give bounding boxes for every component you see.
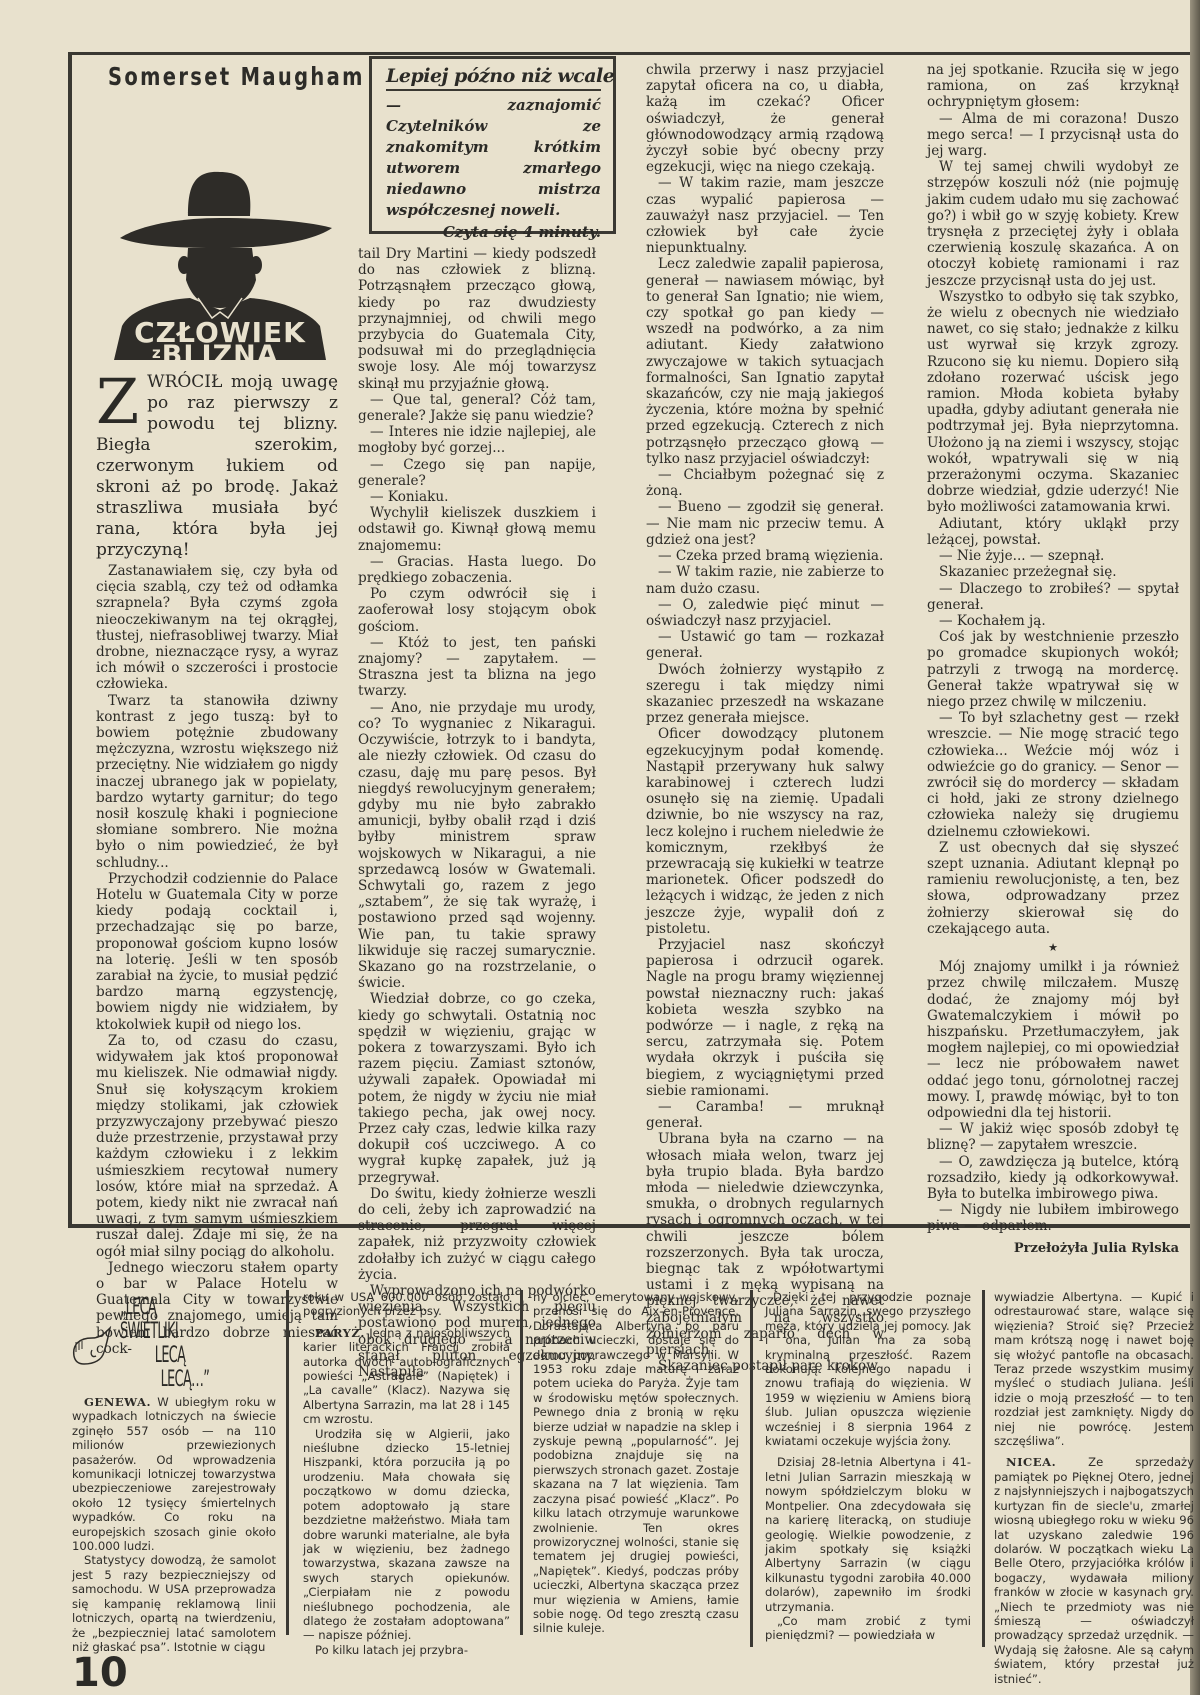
- paragraph: Dzięki tej przygodzie poznaje Juliana Sa…: [765, 1290, 971, 1448]
- page-number: 10: [72, 1650, 128, 1695]
- paragraph: — W takim razie, mam jeszcze czas wypali…: [646, 175, 884, 256]
- story-title-line2: zBLIZNĄ: [152, 340, 279, 371]
- paragraph: tail Dry Martini — kiedy podszedł do nas…: [358, 246, 596, 392]
- paragraph: — Nie żyje... — szepnął.: [927, 548, 1179, 564]
- paragraph: Dzisiaj 28-letnia Albertyna i 41-letni J…: [765, 1455, 971, 1613]
- paragraph: Coś jak by westchnienie przeszło po grom…: [927, 629, 1179, 710]
- paragraph: Wychylił kieliszek duszkiem i odstawił g…: [358, 505, 596, 554]
- paragraph: — W takim razie, nie zabierze to nam duż…: [646, 564, 884, 596]
- paragraph: — Ustawić go tam — rozkazał generał.: [646, 629, 884, 661]
- paragraph: wywiadzie Albertyna. — Kupić i odrestaur…: [994, 1290, 1194, 1448]
- intro-text: — zaznajomić Czytelników ze znakomitym k…: [386, 95, 601, 221]
- paragraph: — Kochałem ją.: [927, 613, 1179, 629]
- paragraph: Po czym odwrócił się i zaoferował losy s…: [358, 586, 596, 635]
- paragraph: Wiedział dobrze, co go czeka, kiedy go s…: [358, 991, 596, 1185]
- paragraph: na jej spotkanie. Rzuciła się w jego ram…: [927, 62, 1179, 111]
- paragraph: ny ojciec, emerytowany wojskowy, przenos…: [533, 1290, 739, 1636]
- column-rule: [286, 1290, 289, 1635]
- paragraph: Urodziła się w Algierii, jako nieślubne …: [303, 1427, 510, 1643]
- news-section-title: „LECĄ ŚWIETLIKI LECĄ LECĄ…”: [120, 1296, 195, 1392]
- paragraph: Oficer dowodzący plutonem egzekucyjnym p…: [646, 726, 884, 937]
- paragraph: — Que tal, general? Cóż tam, generale? J…: [358, 392, 596, 424]
- paragraph: Adiutant, który ukląkł przy leżącej, pow…: [927, 516, 1179, 548]
- sombrero-man-illustration: CZŁOWIEK: [100, 130, 340, 360]
- paragraph: — O, zawdzięcza ją butelce, którą rozsad…: [927, 1154, 1179, 1203]
- news-item-paris: PARYŻ. Jedną z najosobliwszych karier li…: [303, 1326, 510, 1427]
- story-column-4: na jej spotkanie. Rzuciła się w jego ram…: [927, 62, 1179, 1257]
- author-name: Somerset Maugham: [108, 62, 365, 91]
- paragraph: — Chciałbym pożegnać się z żoną.: [646, 467, 884, 499]
- intro-box: Lepiej późno niż wcale — zaznajomić Czyt…: [369, 56, 616, 234]
- paragraph: — To był szlachetny gest — rzekł wreszci…: [927, 710, 1179, 840]
- paragraph: Do świtu, kiedy żołnierze weszli do celi…: [358, 1186, 596, 1283]
- column-rule: [750, 1290, 753, 1647]
- paragraph: Twarz ta stanowiła dziwny kontrast z jeg…: [96, 693, 338, 871]
- column-rule: [982, 1290, 985, 1647]
- paragraph: — W jakiż więc sposób zdobył tę bliznę? …: [927, 1121, 1179, 1153]
- paragraph: roku w USA 600.000 osób zostało pogryzio…: [303, 1290, 510, 1319]
- paragraph: — Koniaku.: [358, 489, 596, 505]
- story-column-3: chwila przerwy i nasz przyjaciel zapytał…: [646, 62, 884, 1374]
- column-rule: [520, 1290, 523, 1635]
- section-separator-star-icon: ★: [927, 940, 1179, 956]
- paragraph: — Nigdy nie lubiłem imbirowego piwa — od…: [927, 1202, 1179, 1234]
- drop-cap: Z: [96, 376, 139, 428]
- translator-credit: Przełożyła Julia Rylska: [927, 1241, 1179, 1257]
- paragraph: Zastanawiałem się, czy była od cięcia sz…: [96, 563, 338, 693]
- paragraph: Wszystko to odbyło się tak szybko, że wi…: [927, 289, 1179, 516]
- paragraph: Z ust obecnych dał się słyszeć szept uzn…: [927, 840, 1179, 937]
- magazine-page: Somerset Maugham CZŁOWIEK zBLIZNĄ Lepiej…: [0, 0, 1200, 1695]
- paragraph: — O, zaledwie pięć minut — oświadczył na…: [646, 597, 884, 629]
- story-column-1: ZWRÓCIŁ moją uwagę po raz pierwszy z pow…: [96, 372, 338, 1357]
- paragraph: — Czeka przed bramą więzienia.: [646, 548, 884, 564]
- paragraph: Po kilku latach jej przybra-: [303, 1643, 510, 1657]
- reading-time: Czyta się 4 minuty.: [386, 223, 601, 241]
- news-column-3: ny ojciec, emerytowany wojskowy, przenos…: [533, 1290, 739, 1636]
- paragraph: — Bueno — zgodził się generał. — Nie mam…: [646, 499, 884, 548]
- paragraph: — Któż to jest, ten pański znajomy? — za…: [358, 635, 596, 700]
- sombrero-man-icon: CZŁOWIEK: [100, 130, 340, 360]
- news-item-geneva: GENEWA. W ubiegłym roku w wypadkach lotn…: [72, 1395, 276, 1553]
- news-item-nice: NICEA. Ze sprzedaży pamiątek po Pięknej …: [994, 1455, 1194, 1686]
- paragraph: — Alma de mi corazona! Duszo mego serca!…: [927, 111, 1179, 160]
- intro-title: Lepiej późno niż wcale: [386, 65, 601, 91]
- paragraph: — Ano, nie przydaje mu urody, co? To wyg…: [358, 700, 596, 992]
- paragraph: — Czego się pan napije, generale?: [358, 457, 596, 489]
- paragraph: Mój znajomy umilkł i ja również przez ch…: [927, 959, 1179, 1121]
- paragraph: — Dlaczego to zrobiłeś? — spytał generał…: [927, 581, 1179, 613]
- paragraph: chwila przerwy i nasz przyjaciel zapytał…: [646, 62, 884, 175]
- news-column-5: wywiadzie Albertyna. — Kupić i odrestaur…: [994, 1290, 1194, 1686]
- paragraph: W tej samej chwili wydobył ze strzępów k…: [927, 159, 1179, 289]
- paragraph: Przyjaciel nasz skończył papierosa i odr…: [646, 937, 884, 1099]
- paragraph: — Gracias. Hasta luego. Do prędkiego zob…: [358, 554, 596, 586]
- paragraph: Lecz zaledwie zapalił papierosa, generał…: [646, 256, 884, 467]
- paragraph: Statystycy dowodzą, że samolot jest 5 ra…: [72, 1553, 276, 1654]
- news-column-1: GENEWA. W ubiegłym roku w wypadkach lotn…: [72, 1395, 276, 1654]
- paragraph: Przychodził codziennie do Palace Hotelu …: [96, 871, 338, 1033]
- paragraph: — Interes nie idzie najlepiej, ale mogło…: [358, 424, 596, 456]
- news-column-4: Dzięki tej przygodzie poznaje Juliana Sa…: [765, 1290, 971, 1643]
- paragraph: Za to, od czasu do czasu, widywałem jak …: [96, 1033, 338, 1260]
- story-column-2: tail Dry Martini — kiedy podszedł do nas…: [358, 246, 596, 1380]
- paragraph: Dwóch żołnierzy wystąpiło z szeregu i ta…: [646, 662, 884, 727]
- lead-paragraph: ZWRÓCIŁ moją uwagę po raz pierwszy z pow…: [96, 372, 338, 561]
- paragraph: — Caramba! — mruknął generał.: [646, 1099, 884, 1131]
- news-column-2: roku w USA 600.000 osób zostało pogryzio…: [303, 1290, 510, 1657]
- paragraph: „Co mam zrobić z tymi pieniędzmi? — powi…: [765, 1614, 971, 1643]
- paragraph: Skazaniec przeżegnał się.: [927, 564, 1179, 580]
